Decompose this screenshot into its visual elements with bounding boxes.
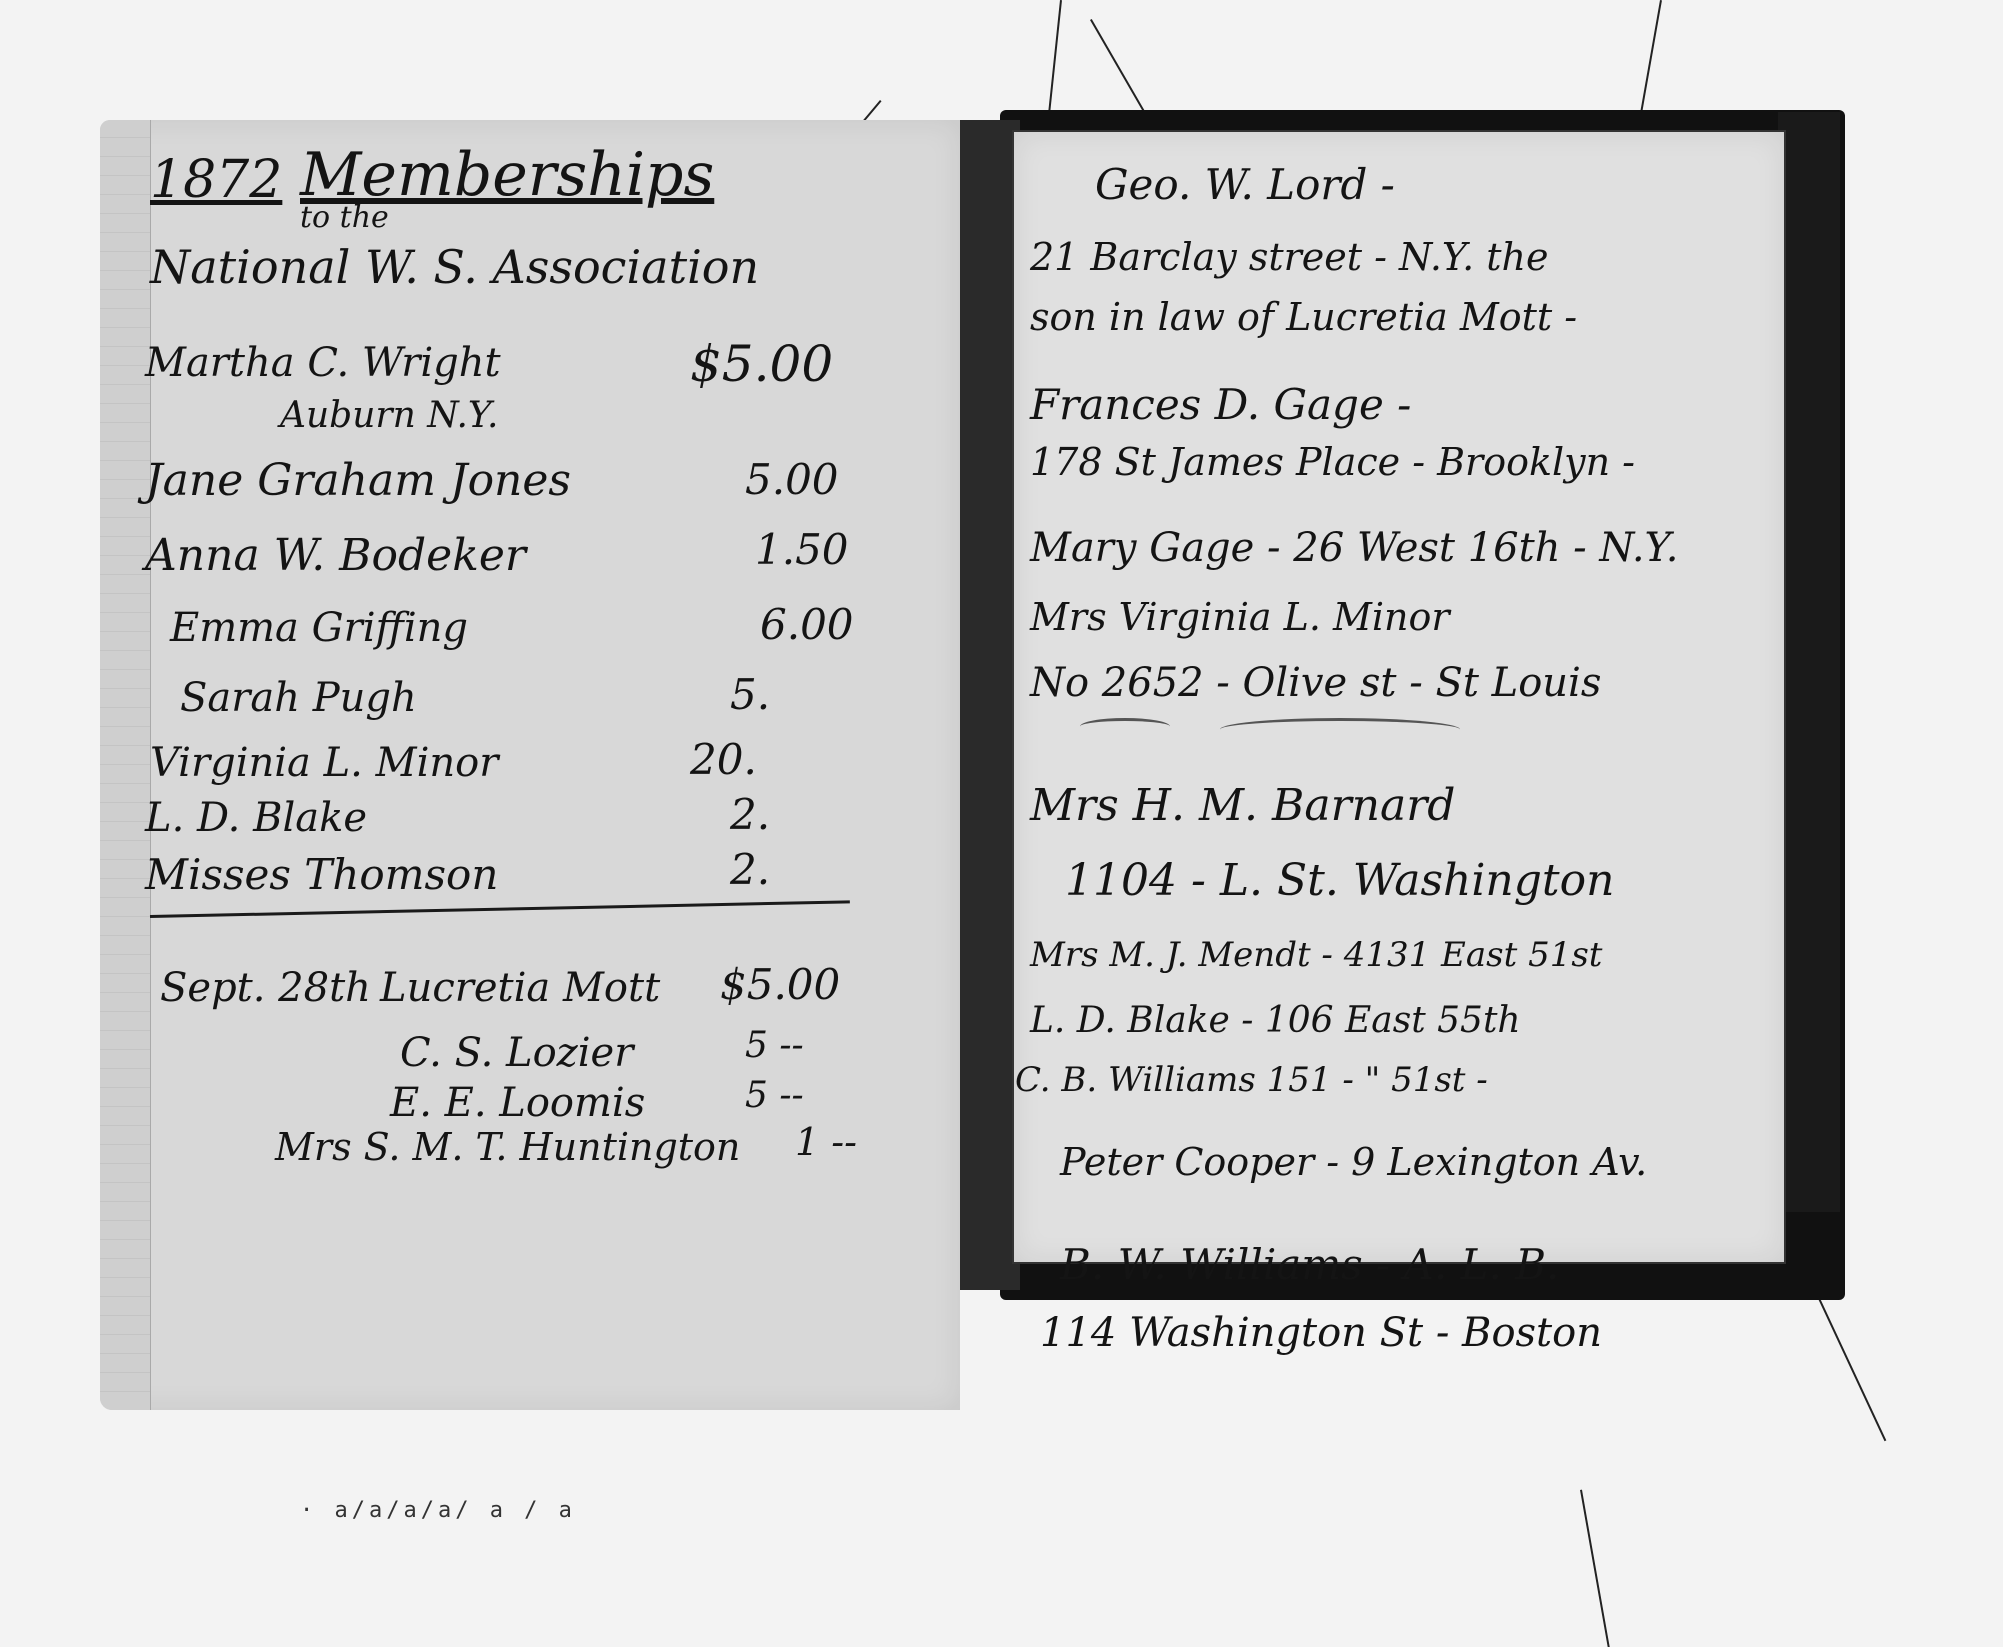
address-line: Mrs H. M. Barnard xyxy=(1030,780,1455,831)
entry-name: Jane Graham Jones xyxy=(145,455,571,506)
ruled-margin xyxy=(100,120,151,1410)
address-line: Peter Cooper - 9 Lexington Av. xyxy=(1060,1140,1647,1184)
entry-amount: 1.50 xyxy=(755,525,849,574)
title-year: 1872 xyxy=(150,150,282,210)
entry-name: Sarah Pugh xyxy=(180,675,417,721)
subtitle-association: National W. S. Association xyxy=(150,240,759,294)
sept-entry-name: E. E. Loomis xyxy=(390,1080,645,1126)
entry-amount: 2. xyxy=(730,790,770,839)
address-line: Mrs M. J. Mendt - 4131 East 51st xyxy=(1030,935,1602,975)
entry-name: Virginia L. Minor xyxy=(150,740,498,786)
september-date: Sept. 28th xyxy=(160,965,371,1011)
address-line: Mary Gage - 26 West 16th - N.Y. xyxy=(1030,525,1679,571)
address-line: 21 Barclay street - N.Y. the xyxy=(1030,235,1548,279)
address-line: B. W. Williams - A. L. B. xyxy=(1060,1240,1559,1289)
address-line: Geo. W. Lord - xyxy=(1095,160,1395,209)
sept-entry-name: Lucretia Mott xyxy=(380,965,660,1011)
cover-edge xyxy=(1778,112,1840,1212)
entry-name: Anna W. Bodeker xyxy=(145,530,526,581)
entry-amount: 5.00 xyxy=(745,455,839,504)
address-line: No 2652 - Olive st - St Louis xyxy=(1030,660,1601,706)
underline-mark xyxy=(1080,718,1170,735)
entry-amount: 20. xyxy=(690,735,757,784)
subtitle-to-the: to the xyxy=(300,200,389,235)
entry-name: Misses Thomson xyxy=(145,850,498,899)
entry-amount: 6.00 xyxy=(760,600,854,649)
sept-entry-amount: $5.00 xyxy=(720,960,840,1009)
sept-entry-name: C. S. Lozier xyxy=(400,1030,633,1076)
address-line: Mrs Virginia L. Minor xyxy=(1030,595,1450,639)
address-line: 114 Washington St - Boston xyxy=(1040,1310,1602,1356)
sept-entry-amount: 5 -- xyxy=(745,1075,804,1116)
entry-amount: 2. xyxy=(730,845,770,894)
sept-entry-amount: 1 -- xyxy=(795,1120,857,1164)
address-line: C. B. Williams 151 - " 51st - xyxy=(1015,1060,1488,1100)
underline-mark xyxy=(1220,718,1460,741)
address-line: 1104 - L. St. Washington xyxy=(1065,855,1614,906)
address-line: L. D. Blake - 106 East 55th xyxy=(1030,1000,1521,1041)
page-edge-scribble: · a/a/a/a/ a / a xyxy=(300,1498,960,1522)
loose-thread xyxy=(1580,1490,1610,1647)
notebook-spine xyxy=(950,120,1020,1290)
entry-amount: $5.00 xyxy=(690,335,833,393)
address-line: 178 St James Place - Brooklyn - xyxy=(1030,440,1635,484)
loose-thread xyxy=(1639,0,1662,119)
entry-name: Martha C. Wright xyxy=(145,340,501,386)
entry-amount: 5. xyxy=(730,670,770,719)
sept-entry-amount: 5 -- xyxy=(745,1025,804,1066)
sept-entry-name: Mrs S. M. T. Huntington xyxy=(275,1125,740,1169)
entry-note: Auburn N.Y. xyxy=(280,395,498,436)
address-line: Frances D. Gage - xyxy=(1030,380,1411,429)
entry-name: Emma Griffing xyxy=(170,605,468,651)
address-line: son in law of Lucretia Mott - xyxy=(1030,295,1577,339)
entry-name: L. D. Blake xyxy=(145,795,367,841)
